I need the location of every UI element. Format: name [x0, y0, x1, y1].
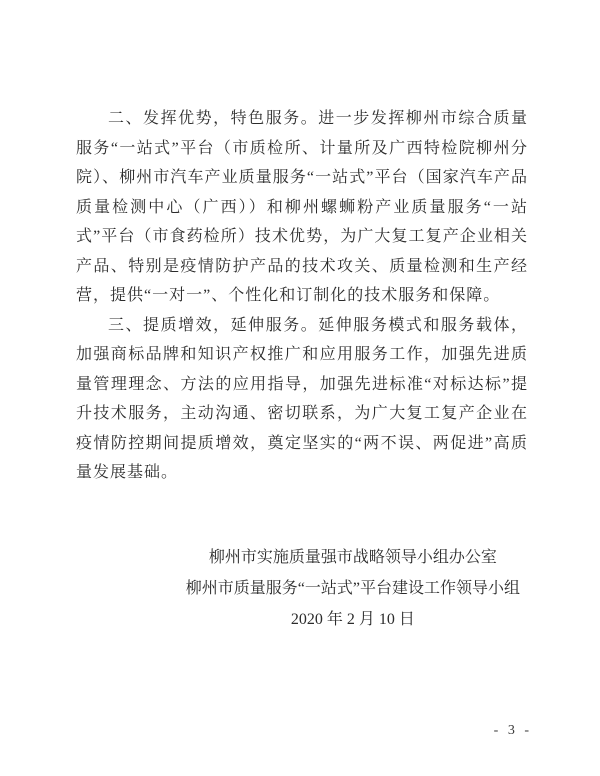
- signature-date: 2020 年 2 月 10 日: [186, 604, 520, 635]
- signature-block: 柳州市实施质量强市战略领导小组办公室 柳州市质量服务“一站式”平台建设工作领导小…: [186, 542, 520, 635]
- document-page: 二、发挥优势，特色服务。进一步发挥柳州市综合质量服务“一站式”平台（市质检所、计…: [0, 0, 600, 776]
- document-body: 二、发挥优势，特色服务。进一步发挥柳州市综合质量服务“一站式”平台（市质检所、计…: [76, 104, 528, 488]
- paragraph-section-two: 二、发挥优势，特色服务。进一步发挥柳州市综合质量服务“一站式”平台（市质检所、计…: [76, 104, 528, 311]
- signature-org-line-1: 柳州市实施质量强市战略领导小组办公室: [186, 542, 520, 573]
- page-number: - 3 -: [494, 722, 532, 740]
- paragraph-section-three: 三、提质增效，延伸服务。延伸服务模式和服务载体，加强商标品牌和知识产权推广和应用…: [76, 311, 528, 488]
- signature-org-line-2: 柳州市质量服务“一站式”平台建设工作领导小组: [186, 573, 520, 604]
